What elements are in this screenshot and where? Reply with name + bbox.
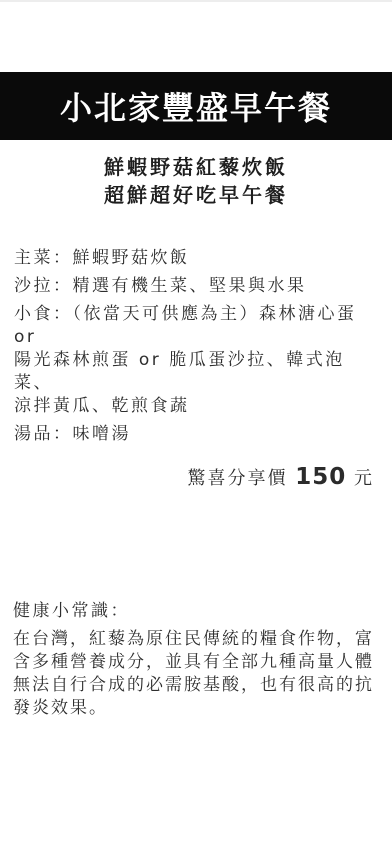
subtitle-line-1: 鮮蝦野菇紅藜炊飯 xyxy=(0,153,392,181)
menu-section: 主菜：鮮蝦野菇炊飯 沙拉：精選有機生菜、堅果與水果 小食：（依當天可供應為主）森… xyxy=(14,247,382,446)
price-amount: 150 xyxy=(295,464,346,490)
subtitle-line-2: 超鮮超好吃早午餐 xyxy=(0,181,392,209)
page-title: 小北家豐盛早午餐 xyxy=(60,83,332,129)
subtitle-block: 鮮蝦野菇紅藜炊飯 超鮮超好吃早午餐 xyxy=(0,153,392,209)
price-unit: 元 xyxy=(354,468,374,489)
menu-soup: 湯品：味噌湯 xyxy=(14,423,382,446)
top-divider xyxy=(0,0,392,2)
health-tip-line-3: 無法自行合成的必需胺基酸，也有很高的抗 xyxy=(13,674,382,697)
brunch-flyer-page: 小北家豐盛早午餐 鮮蝦野菇紅藜炊飯 超鮮超好吃早午餐 主菜：鮮蝦野菇炊飯 沙拉：… xyxy=(0,0,392,850)
price-label: 驚喜分享價 xyxy=(188,468,288,489)
health-tip-line-1: 在台灣，紅藜為原住民傳統的糧食作物，富 xyxy=(13,628,382,651)
health-tip-section: 健康小常識： 在台灣，紅藜為原住民傳統的糧食作物，富 含多種營養成分，並具有全部… xyxy=(13,599,382,720)
health-tip-body: 在台灣，紅藜為原住民傳統的糧食作物，富 含多種營養成分，並具有全部九種高量人體 … xyxy=(13,628,382,720)
health-tip-heading: 健康小常識： xyxy=(13,599,382,623)
menu-side-line-3: 涼拌黃瓜、乾煎食蔬 xyxy=(14,395,382,418)
menu-salad: 沙拉：精選有機生菜、堅果與水果 xyxy=(14,275,382,298)
price-line: 驚喜分享價 150 元 xyxy=(0,462,392,494)
health-tip-line-4: 發炎效果。 xyxy=(13,697,382,720)
health-tip-line-2: 含多種營養成分，並具有全部九種高量人體 xyxy=(13,651,382,674)
title-banner: 小北家豐盛早午餐 xyxy=(0,72,392,140)
menu-side-dishes: 小食：（依當天可供應為主）森林溏心蛋 or 陽光森林煎蛋 or 脆瓜蛋沙拉、韓式… xyxy=(14,303,382,418)
menu-side-line-2: 陽光森林煎蛋 or 脆瓜蛋沙拉、韓式泡菜、 xyxy=(14,349,382,395)
menu-side-line-1: 小食：（依當天可供應為主）森林溏心蛋 or xyxy=(14,303,382,349)
menu-main-dish: 主菜：鮮蝦野菇炊飯 xyxy=(14,247,382,270)
